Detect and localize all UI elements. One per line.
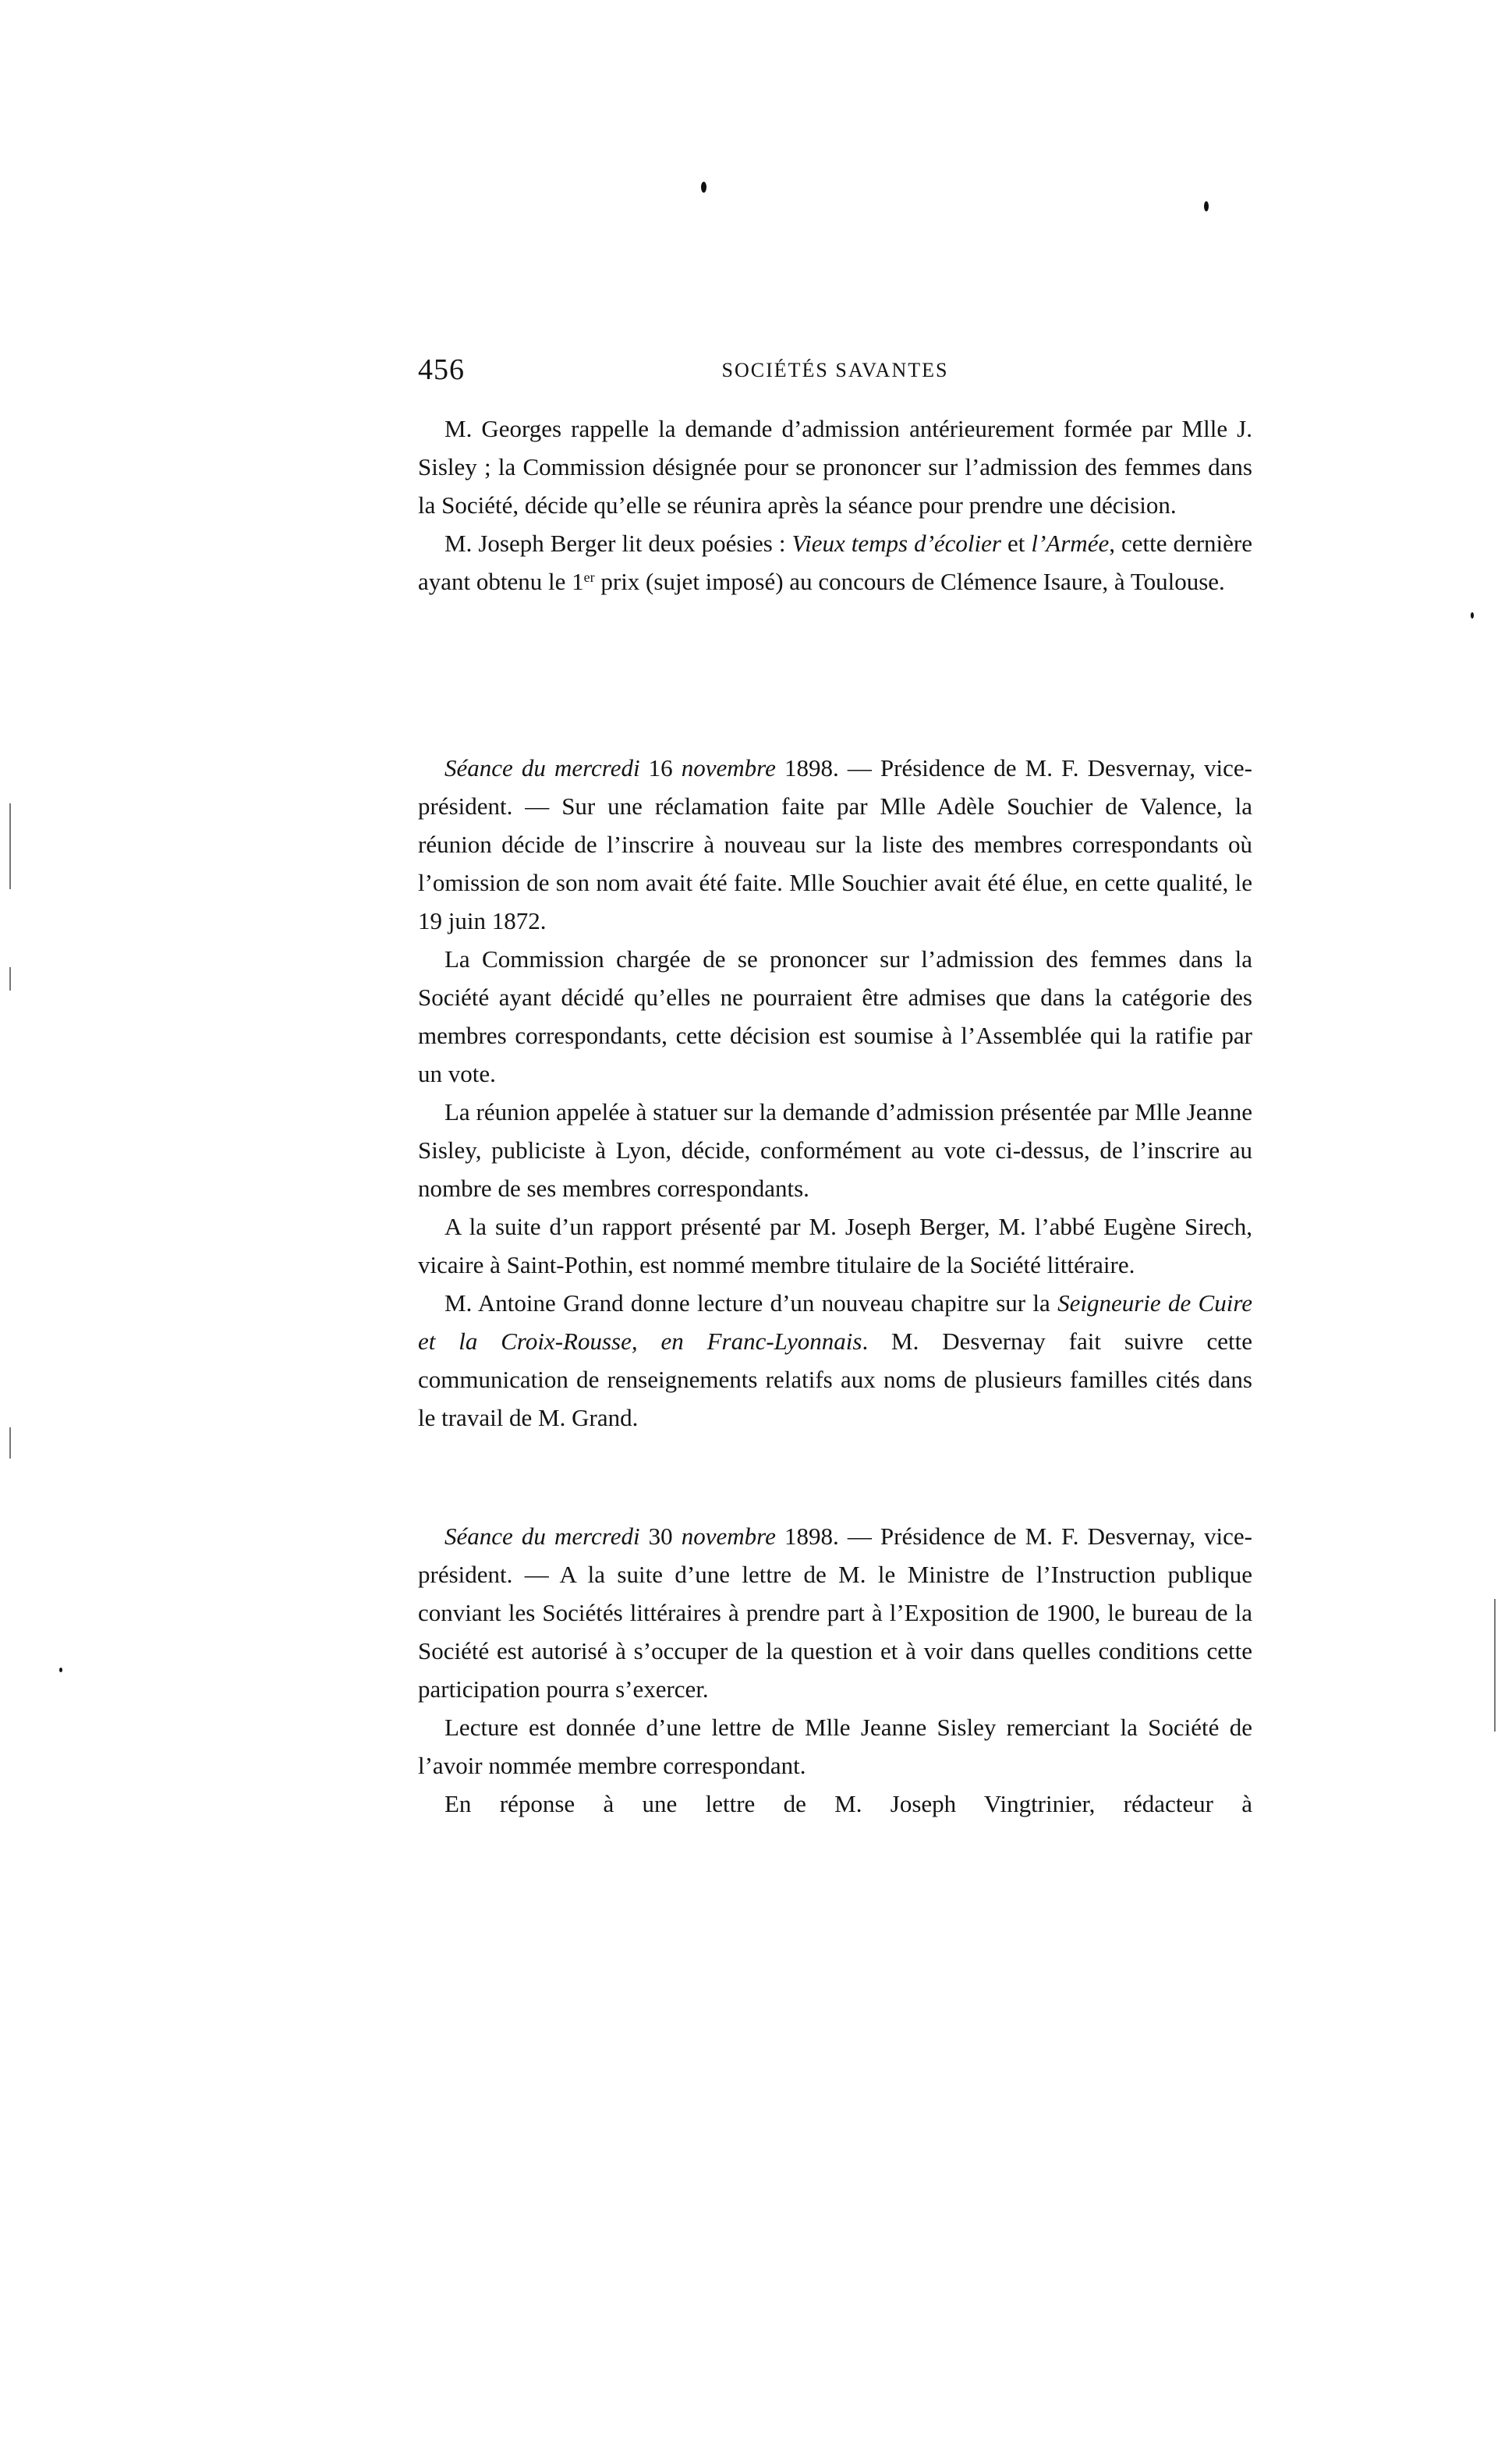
ink-speck [1471,612,1474,619]
scan-margin-mark [9,1427,11,1459]
paragraph-text: M. Georges rappelle la demande d’admissi… [418,415,1252,519]
opening-section: M. Georges rappelle la demande d’admissi… [418,409,1252,601]
paragraph-text: Lecture est donnée d’une lettre de Mlle … [418,1714,1252,1779]
ordinal-suffix: er [584,569,595,585]
paragraph: La Commission chargée de se prononcer su… [418,940,1252,1093]
session-30-november: Séance du mercredi 30 novembre 1898. — P… [418,1517,1252,1823]
session-heading: Séance du mercredi [444,1522,640,1550]
paragraph: M. Antoine Grand donne lecture d’un nouv… [418,1284,1252,1437]
paragraph-text: et [1001,530,1031,557]
session-day: 16 [640,754,682,782]
scan-margin-mark [9,803,11,889]
session-heading: Séance du mercredi [444,754,640,782]
paragraph: M. Joseph Berger lit deux poésies : Vieu… [418,524,1252,601]
paragraph-text: La réunion appelée à statuer sur la dema… [418,1098,1252,1202]
session-month: novembre [682,1522,776,1550]
page-header: 456 SOCIÉTÉS SAVANTES [418,353,1252,392]
session-month: novembre [682,754,776,782]
paragraph: Lecture est donnée d’une lettre de Mlle … [418,1708,1252,1785]
paragraph-text: M. Antoine Grand donne lecture d’un nouv… [444,1289,1057,1317]
session-day: 30 [640,1522,682,1550]
session-heading-paragraph: Séance du mercredi 30 novembre 1898. — P… [418,1517,1252,1708]
session-heading-paragraph: Séance du mercredi 16 novembre 1898. — P… [418,749,1252,940]
paragraph: En réponse à une lettre de M. Joseph Vin… [418,1785,1252,1823]
paragraph-text: En réponse à une lettre de M. Joseph Vin… [444,1790,1252,1817]
ink-speck [59,1668,62,1672]
running-title: SOCIÉTÉS SAVANTES [418,359,1252,382]
ink-speck [1204,201,1209,211]
paragraph: La réunion appelée à statuer sur la dema… [418,1093,1252,1207]
paragraph: A la suite d’un rapport présenté par M. … [418,1207,1252,1284]
scan-margin-mark [9,967,11,991]
paragraph-text: prix (sujet imposé) au concours de Cléme… [595,568,1225,595]
paragraph-text: La Commission chargée de se prononcer su… [418,945,1252,1087]
poem-title: l’Armée [1031,530,1109,557]
ink-speck [701,182,706,193]
paragraph: M. Georges rappelle la demande d’admissi… [418,409,1252,524]
scan-margin-mark [1494,1599,1496,1732]
paragraph-text: M. Joseph Berger lit deux poésies : [444,530,791,557]
session-16-november: Séance du mercredi 16 novembre 1898. — P… [418,749,1252,1437]
poem-title: Vieux temps d’écolier [791,530,1001,557]
paragraph-text: A la suite d’un rapport présenté par M. … [418,1213,1252,1278]
